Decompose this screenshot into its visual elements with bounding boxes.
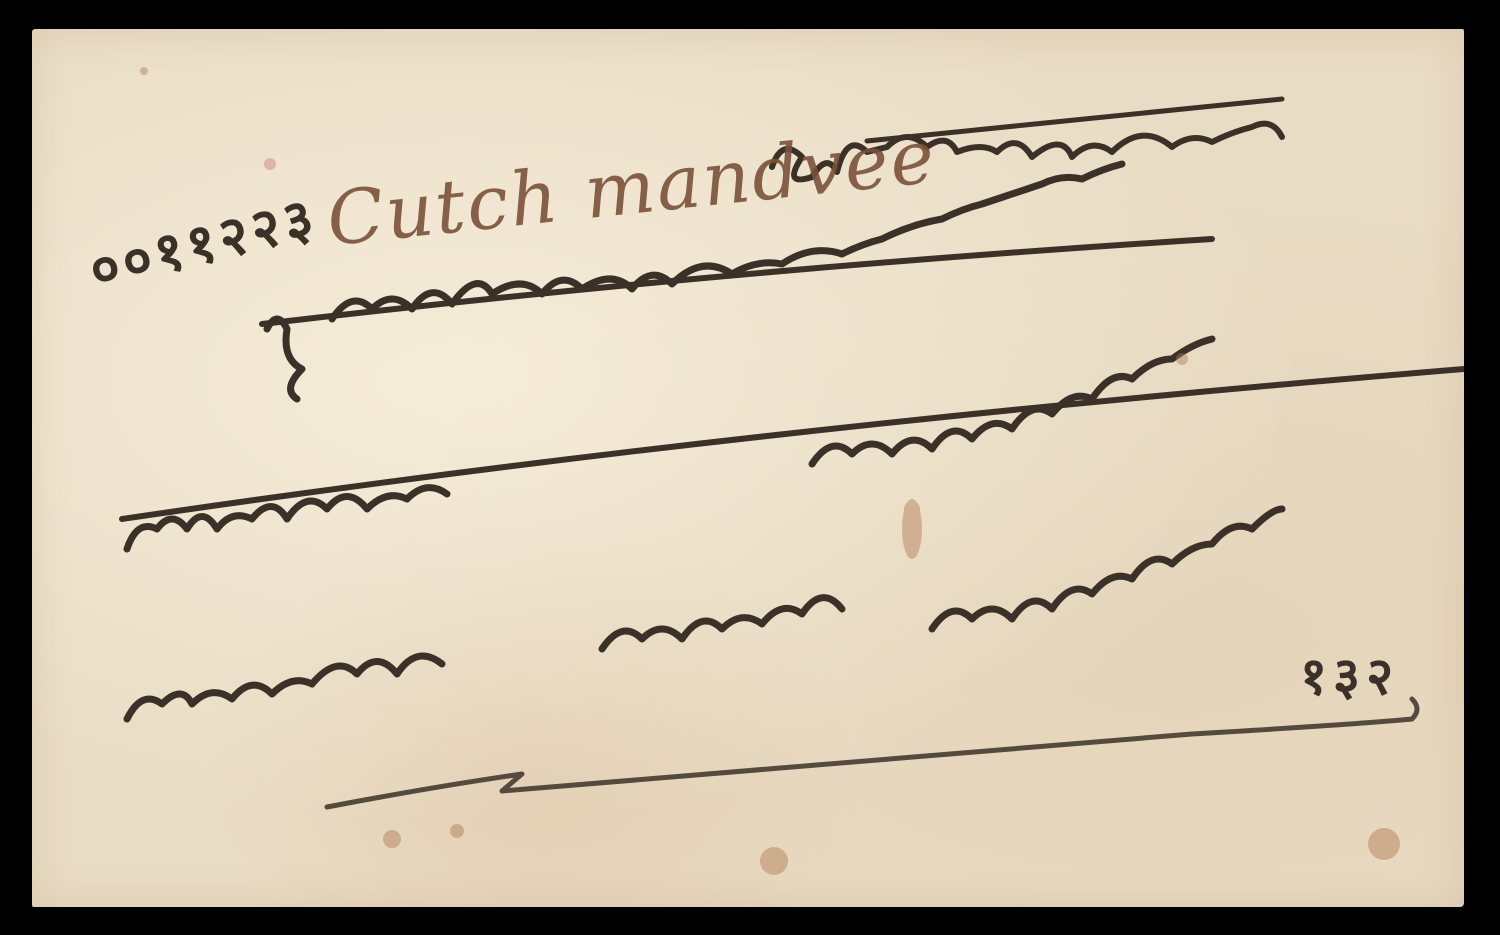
script-line-3 [127, 339, 1212, 549]
script-line-4 [127, 509, 1282, 719]
strike-line-3 [122, 369, 1464, 519]
flourish-underline [327, 699, 1417, 807]
numerals-bottom-right: १३२ [1300, 639, 1399, 710]
envelope-paper: Cutch mandvee ००११२२३ १३२ [32, 29, 1464, 907]
